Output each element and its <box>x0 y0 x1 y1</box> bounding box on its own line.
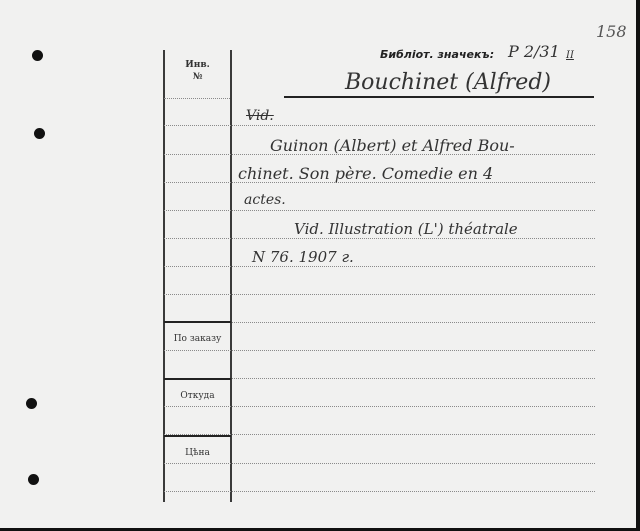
library-mark-label: Библіот. значекъ: <box>380 48 494 61</box>
entry-line: Vid. <box>246 108 274 124</box>
price-label: Цѣна <box>164 448 231 458</box>
inventory-label: Инв. <box>164 60 231 70</box>
dotted-rule <box>164 238 595 239</box>
dotted-rule <box>164 266 595 267</box>
dotted-rule <box>164 125 595 126</box>
dotted-rule <box>164 98 230 99</box>
section-divider <box>164 321 231 323</box>
order-label: По заказу <box>164 334 231 344</box>
punch-hole <box>34 128 45 139</box>
heading-underline <box>284 96 594 98</box>
dotted-rule <box>164 210 595 211</box>
entry-line: actes. <box>244 192 286 208</box>
section-divider <box>164 378 231 380</box>
punch-hole <box>32 50 43 61</box>
dotted-rule <box>164 350 595 351</box>
page-number: 158 <box>596 22 627 41</box>
punch-hole <box>26 398 37 409</box>
dotted-rule <box>164 294 595 295</box>
section-divider <box>164 435 231 437</box>
card-heading: Bouchinet (Alfred) <box>345 70 551 95</box>
punch-hole <box>28 474 39 485</box>
catalog-card: Инв. № По заказу Откуда Цѣна 158 Библіот… <box>0 0 640 531</box>
source-label: Откуда <box>164 391 231 401</box>
entry-line: Guinon (Albert) et Alfred Bou- <box>270 136 515 155</box>
entry-line: N 76. 1907 г. <box>252 248 354 266</box>
dotted-rule <box>164 463 595 464</box>
entry-line: Vid. Illustration (L') théatrale <box>294 220 518 238</box>
library-mark-value: P 2/31 <box>508 42 560 61</box>
inventory-number-sign: № <box>164 72 231 82</box>
library-mark-suffix: II <box>566 50 574 61</box>
entry-line: chinet. Son père. Comedie en 4 <box>238 164 493 183</box>
dotted-rule <box>164 406 595 407</box>
dotted-rule <box>164 491 595 492</box>
